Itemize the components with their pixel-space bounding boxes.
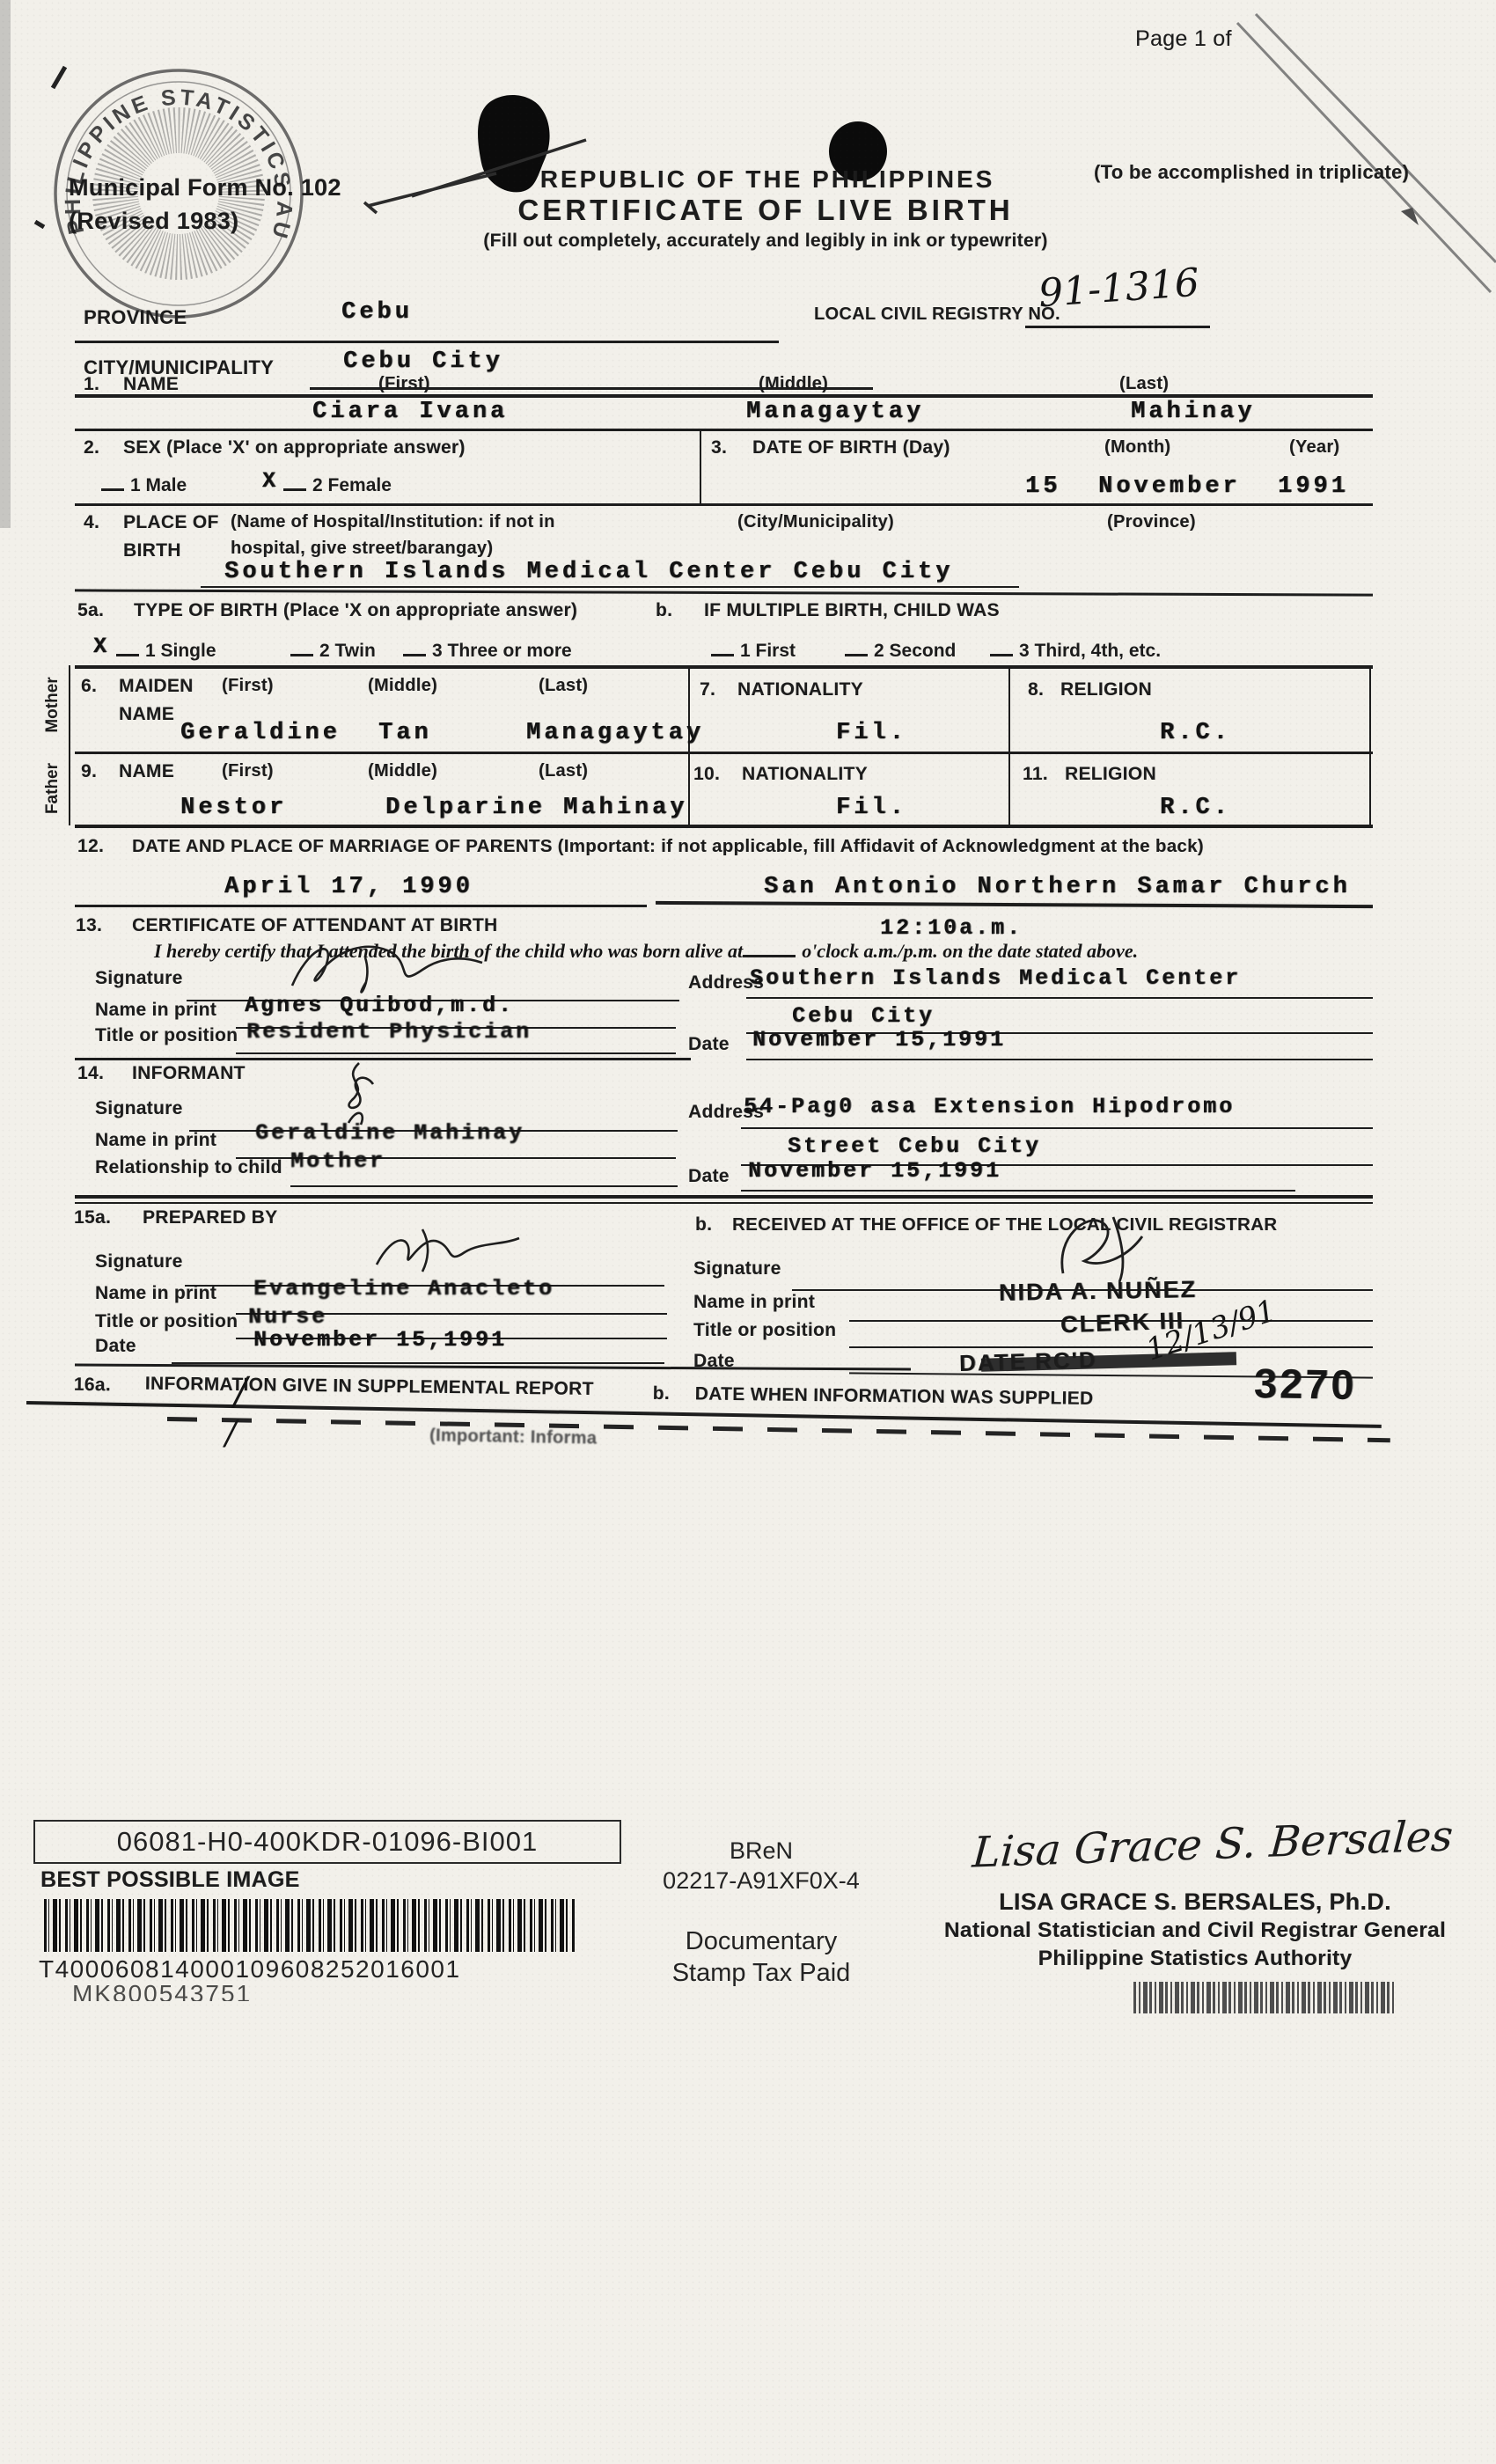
third-checkbox xyxy=(990,641,1013,656)
mother-nationality-label: NATIONALITY xyxy=(737,679,863,700)
field-underline xyxy=(746,1059,1373,1060)
form-revision: (Revised 1983) xyxy=(69,208,238,235)
tob-mark: X xyxy=(93,634,109,659)
band-border xyxy=(69,665,70,825)
child-last-name: Mahinay xyxy=(1131,399,1255,425)
section-rule xyxy=(75,503,1373,506)
signature-label: Signature xyxy=(95,1098,183,1119)
supplemental-b-no: b. xyxy=(653,1383,671,1404)
date-label: Date xyxy=(688,1166,730,1187)
mother-nationality-no: 7. xyxy=(700,679,715,700)
month-label: (Month) xyxy=(1104,437,1170,458)
field-underline xyxy=(849,1346,1373,1348)
field-underline xyxy=(236,1052,676,1054)
twin-checkbox xyxy=(290,641,313,656)
prepared-title: Nurse xyxy=(248,1304,327,1330)
registrar-general-name: LISA GRACE S. BERSALES, Ph.D. xyxy=(999,1888,1391,1916)
tob-label: TYPE OF BIRTH (Place 'X on appropriate a… xyxy=(134,600,577,621)
dob-no: 3. xyxy=(711,437,727,458)
pen-slash-mark: / xyxy=(225,1413,237,1452)
last-label: (Last) xyxy=(539,761,588,781)
registry-no-label: LOCAL CIVIL REGISTRY NO. xyxy=(814,304,1060,325)
bren-label: BReN xyxy=(730,1837,793,1865)
middle-label: (Middle) xyxy=(368,761,437,781)
pob-label-2: BIRTH xyxy=(123,540,181,561)
first-label: (First) xyxy=(222,676,274,696)
male-option: 1 Male xyxy=(101,475,187,496)
doc-stamp-line-2: Stamp Tax Paid xyxy=(672,1959,851,1988)
father-nationality: Fil. xyxy=(836,795,907,821)
name-in-print-label: Name in print xyxy=(693,1292,815,1313)
city-value: Cebu City xyxy=(343,348,503,375)
ink-blob-icon xyxy=(478,95,550,192)
mother-no: 6. xyxy=(81,676,97,697)
father-religion-no: 11. xyxy=(1023,764,1048,785)
batch-number-stamp: 3270 xyxy=(1254,1359,1358,1409)
image-code: 06081-H0-400KDR-01096-BI001 xyxy=(117,1826,539,1858)
title-position-label: Title or position xyxy=(693,1320,836,1341)
name-label: NAME xyxy=(123,374,179,395)
father-nationality-label: NATIONALITY xyxy=(742,764,868,785)
informant-date: November 15,1991 xyxy=(748,1158,1001,1184)
informant-address-2: Street Cebu City xyxy=(788,1133,1041,1159)
triplicate-note: (To be accomplished in triplicate) xyxy=(1094,161,1409,184)
band-border xyxy=(1369,665,1371,825)
title-position-label: Title or position xyxy=(95,1025,238,1046)
rule-line xyxy=(75,341,779,343)
section-rule xyxy=(75,429,1373,431)
received-name-stamp: NIDA A. NUÑEZ xyxy=(999,1276,1198,1307)
name-in-print-label: Name in print xyxy=(95,1130,216,1151)
serial-number: MK800543751 xyxy=(72,1980,252,2001)
informant-label: INFORMANT xyxy=(132,1063,246,1084)
birth-day: 15 xyxy=(1025,473,1060,500)
year-label: (Year) xyxy=(1289,437,1339,458)
father-middle: Delparine xyxy=(385,795,546,821)
sex-label: SEX (Place 'X' on appropriate answer) xyxy=(123,437,466,458)
scan-edge-shadow xyxy=(0,0,11,528)
first-label: (First) xyxy=(378,374,430,394)
field-underline xyxy=(290,1185,678,1187)
section-rule xyxy=(75,1202,1373,1204)
date-label: Date xyxy=(95,1336,136,1357)
father-religion: R.C. xyxy=(1160,795,1231,821)
female-option: 2 Female xyxy=(283,475,392,496)
field-underline xyxy=(1025,326,1210,328)
dob-label: DATE OF BIRTH (Day) xyxy=(752,437,950,458)
small-barcode xyxy=(1133,1982,1394,2013)
mother-religion-label: RELIGION xyxy=(1060,679,1152,700)
birth-month: November xyxy=(1098,473,1241,500)
cutoff-footnote: (Important: Informa xyxy=(429,1426,598,1448)
province-value: Cebu xyxy=(341,299,413,326)
mother-last: Managaytay xyxy=(526,720,704,746)
marriage-date: April 17, 1990 xyxy=(224,874,473,900)
multiple-option-second: 2 Second xyxy=(845,641,956,662)
section-rule xyxy=(75,665,1373,669)
pob-no: 4. xyxy=(84,512,99,533)
section-rule xyxy=(75,752,1373,754)
pen-line-kink-icon xyxy=(1401,208,1419,225)
section-rule xyxy=(75,825,1373,828)
middle-label: (Middle) xyxy=(368,676,437,696)
attendant-title: Resident Physician xyxy=(246,1019,532,1045)
time-blank xyxy=(743,942,796,957)
section-rule xyxy=(75,394,1373,398)
pen-line-icon xyxy=(1237,14,1496,292)
child-first-name: Ciara Ivana xyxy=(312,399,508,425)
child-middle-name: Managaytay xyxy=(746,399,924,425)
field-underline xyxy=(201,586,1019,588)
mother-side-label: Mother xyxy=(43,674,62,736)
signature-label: Signature xyxy=(693,1258,781,1280)
doc-stamp-line-1: Documentary xyxy=(686,1927,837,1956)
scanned-birth-certificate: Page 1 of PHILIPPINE STATISTICS AUTHORIT… xyxy=(0,0,1496,2464)
father-first: Nestor xyxy=(180,795,287,821)
page-number-label: Page 1 of xyxy=(1135,26,1232,52)
mother-religion-no: 8. xyxy=(1028,679,1044,700)
name-in-print-label: Name in print xyxy=(95,1283,216,1304)
pob-value: Southern Islands Medical Center Cebu Cit… xyxy=(224,559,953,585)
sex-mark: X xyxy=(262,468,278,494)
bren-number: 02217-A91XF0X-4 xyxy=(663,1867,860,1895)
middle-label: (Middle) xyxy=(759,374,828,394)
informant-relationship: Mother xyxy=(290,1148,385,1174)
registrar-general-title: National Statistician and Civil Registra… xyxy=(944,1918,1446,1943)
three-checkbox xyxy=(403,641,426,656)
image-code-box: 06081-H0-400KDR-01096-BI001 xyxy=(33,1820,621,1864)
attendant-date: November 15,1991 xyxy=(752,1027,1006,1052)
attendant-address-2: Cebu City xyxy=(792,1003,935,1029)
date-label: Date xyxy=(688,1034,730,1055)
multiple-label: IF MULTIPLE BIRTH, CHILD WAS xyxy=(704,600,1000,621)
multiple-option-first: 1 First xyxy=(711,641,796,662)
attendant-name: Agnes Quibod,m.d. xyxy=(245,993,514,1018)
marriage-place: San Antonio Northern Samar Church xyxy=(764,874,1351,900)
republic-line: REPUBLIC OF THE PHILIPPINES xyxy=(540,165,995,194)
attendant-no: 13. xyxy=(76,915,102,936)
multiple-no: b. xyxy=(656,600,672,621)
mother-middle: Tan xyxy=(378,720,432,746)
prepared-signature xyxy=(370,1219,546,1280)
single-checkbox xyxy=(116,641,139,656)
registrar-general-office: Philippine Statistics Authority xyxy=(1038,1947,1353,1971)
city-label: CITY/MUNICIPALITY xyxy=(84,356,274,379)
father-no: 9. xyxy=(81,761,97,782)
prepared-name: Evangeline Anacleto xyxy=(253,1276,554,1302)
barcode xyxy=(44,1899,576,1952)
father-nationality-no: 10. xyxy=(693,764,720,785)
municipal-form-no: Municipal Form No. 102 xyxy=(69,174,341,202)
mother-religion: R.C. xyxy=(1160,720,1231,746)
pob-city-label: (City/Municipality) xyxy=(737,512,894,532)
pen-slash-mark: / xyxy=(234,1369,247,1414)
prepared-date: November 15,1991 xyxy=(253,1327,507,1353)
best-possible-image-label: BEST POSSIBLE IMAGE xyxy=(40,1867,300,1893)
last-label: (Last) xyxy=(539,676,588,696)
field-underline xyxy=(75,905,647,907)
cell-divider xyxy=(700,429,701,506)
first-label: (First) xyxy=(222,761,274,781)
supplemental-no: 16a. xyxy=(74,1375,111,1397)
prepared-label: PREPARED BY xyxy=(143,1207,277,1228)
mother-label-2: NAME xyxy=(119,704,174,725)
tob-option-twin: 2 Twin xyxy=(290,641,376,662)
informant-address-1: 54-Pag0 asa Extension Hipodromo xyxy=(744,1094,1235,1119)
sex-no: 2. xyxy=(84,437,99,458)
second-checkbox xyxy=(845,641,868,656)
attendant-address-1: Southern Islands Medical Center xyxy=(750,965,1241,991)
field-underline xyxy=(741,1190,1295,1192)
marriage-no: 12. xyxy=(77,836,104,857)
cell-divider xyxy=(1008,665,1010,825)
first-checkbox xyxy=(711,641,734,656)
mother-label-1: MAIDEN xyxy=(119,676,194,697)
informant-signature xyxy=(306,1058,412,1128)
pob-label-1: PLACE OF xyxy=(123,512,219,533)
informant-no: 14. xyxy=(77,1063,104,1084)
mother-nationality: Fil. xyxy=(836,720,907,746)
document-title: CERTIFICATE OF LIVE BIRTH xyxy=(517,194,1013,227)
received-no: b. xyxy=(695,1214,712,1236)
signature-label: Signature xyxy=(95,968,183,989)
name-in-print-label: Name in print xyxy=(95,1000,216,1021)
section-rule xyxy=(75,1195,1373,1199)
birth-time: 12:10a.m. xyxy=(880,915,1023,941)
female-checkbox xyxy=(283,475,306,491)
tob-option-three: 3 Three or more xyxy=(403,641,572,662)
tob-no: 5a. xyxy=(77,600,104,621)
informant-name: Geraldine Mahinay xyxy=(255,1120,524,1146)
birth-year: 1991 xyxy=(1278,473,1349,500)
name-no: 1. xyxy=(84,374,99,395)
pob-hint-1: (Name of Hospital/Institution: if not in xyxy=(231,512,555,532)
received-label: RECEIVED AT THE OFFICE OF THE LOCAL CIVI… xyxy=(732,1214,1277,1236)
province-label: PROVINCE xyxy=(84,306,187,329)
pob-province-label: (Province) xyxy=(1107,512,1196,532)
field-underline xyxy=(746,997,1373,999)
relationship-label: Relationship to child xyxy=(95,1157,282,1178)
prepared-no: 15a. xyxy=(74,1207,111,1228)
field-underline xyxy=(741,1127,1373,1129)
pob-hint-2: hospital, give street/barangay) xyxy=(231,539,493,559)
father-side-label: Father xyxy=(43,758,62,819)
last-label: (Last) xyxy=(1119,374,1169,394)
mother-first: Geraldine xyxy=(180,720,341,746)
marriage-label: DATE AND PLACE OF MARRIAGE OF PARENTS (I… xyxy=(132,836,1204,857)
father-label: NAME xyxy=(119,761,174,782)
male-checkbox xyxy=(101,475,124,491)
signature-label: Signature xyxy=(95,1251,183,1272)
multiple-option-third: 3 Third, 4th, etc. xyxy=(990,641,1161,662)
document-subtitle: (Fill out completely, accurately and leg… xyxy=(483,231,1047,252)
father-religion-label: RELIGION xyxy=(1065,764,1156,785)
title-position-label: Title or position xyxy=(95,1311,238,1332)
tob-option-single: 1 Single xyxy=(116,641,216,662)
father-last: Mahinay xyxy=(563,795,687,821)
